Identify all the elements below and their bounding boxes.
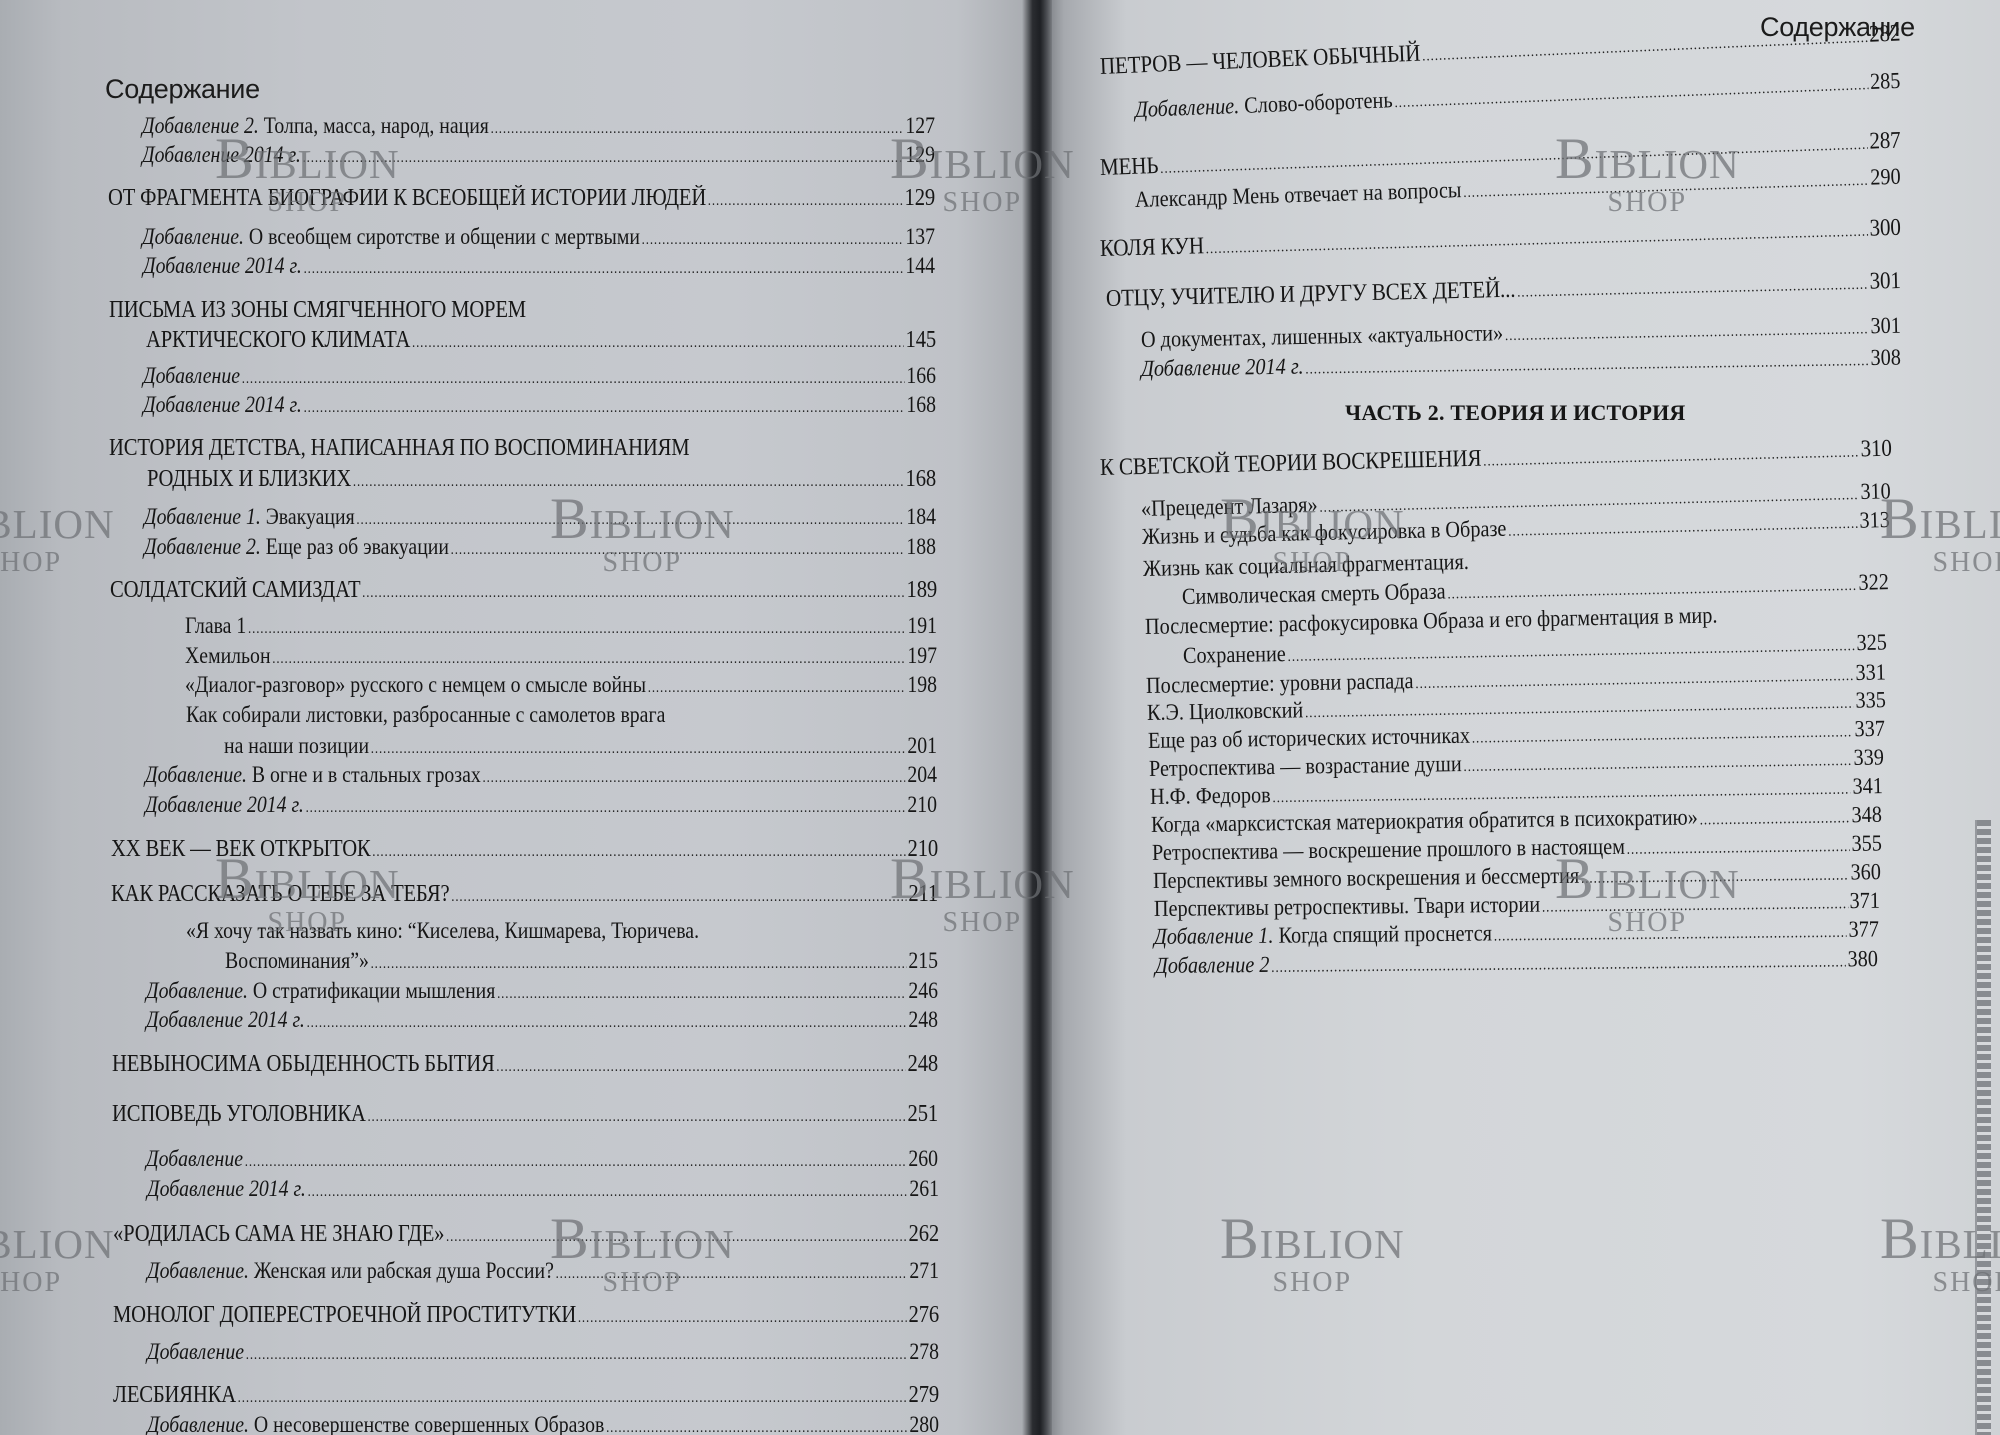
toc-entry-text: АРКТИЧЕСКОГО КЛИМАТА xyxy=(146,327,410,353)
toc-entry[interactable]: Добавление 2014 г. 144 xyxy=(143,253,935,282)
dot-leader xyxy=(353,469,904,495)
bookmark-ribbon xyxy=(1975,820,1991,1435)
toc-entry[interactable]: Добавление 2. Еще раз об эвакуации 188 xyxy=(144,534,936,563)
dot-leader xyxy=(248,616,906,642)
toc-entry-page: 261 xyxy=(909,1176,939,1202)
dot-leader xyxy=(497,981,907,1007)
toc-entry[interactable]: КАК РАССКАЗАТЬ О ТЕБЕ ЗА ТЕБЯ? 211 xyxy=(111,881,938,910)
toc-entry-title: Добавление. О всеобщем сиротстве и общен… xyxy=(142,224,640,250)
toc-entry[interactable]: Добавление. О всеобщем сиротстве и общен… xyxy=(142,224,935,253)
dot-leader xyxy=(642,227,904,253)
dot-leader xyxy=(482,765,905,791)
toc-entry-prefix: Добавление. xyxy=(146,978,248,1003)
toc-entry-text: Как собирали листовки, разбросанные с са… xyxy=(186,702,665,727)
toc-entry[interactable]: К СВЕТСКОЙ ТЕОРИИ ВОСКРЕШЕНИЯ 310 xyxy=(1100,436,1892,484)
toc-entry-page: 290 xyxy=(1870,164,1901,191)
toc-entry-page: 310 xyxy=(1860,436,1892,463)
dot-leader xyxy=(556,1261,908,1287)
toc-entry-text: К.Э. Циолковский xyxy=(1147,697,1304,725)
toc-entry[interactable]: ИСТОРИЯ ДЕТСТВА, НАПИСАННАЯ ПО ВОСПОМИНА… xyxy=(109,435,936,461)
toc-entry-text: СОЛДАТСКИЙ САМИЗДАТ xyxy=(110,577,360,603)
toc-entry[interactable]: Добавление 278 xyxy=(147,1339,939,1368)
part-title: ЧАСТЬ 2. ТЕОРИЯ И ИСТОРИЯ xyxy=(1345,400,1686,426)
dot-leader xyxy=(648,675,906,701)
toc-entry-title: Добавление 2014 г. xyxy=(143,253,302,279)
toc-entry-page: 204 xyxy=(907,762,937,788)
toc-entry-page: 210 xyxy=(908,836,938,862)
toc-entry-title: Жизнь как социальная фрагментация. xyxy=(1143,549,1469,582)
toc-entry-text: Послесмертие: уровни распада xyxy=(1146,668,1414,698)
dot-leader xyxy=(1517,272,1868,306)
toc-entry-text: Жизнь как социальная фрагментация. xyxy=(1143,549,1469,581)
toc-entry-title: Добавление xyxy=(146,1146,243,1172)
toc-entry-page: 201 xyxy=(907,733,937,759)
toc-entry-page: 191 xyxy=(907,613,937,639)
toc-entry[interactable]: Добавление 2014 г. 210 xyxy=(145,792,937,821)
toc-entry[interactable]: «РОДИЛАСЬ САМА НЕ ЗНАЮ ГДЕ» 262 xyxy=(113,1221,939,1250)
toc-entry-prefix: Добавление xyxy=(147,1339,244,1364)
toc-entry-title: К.Э. Циолковский xyxy=(1147,697,1304,726)
toc-entry-page: 166 xyxy=(906,363,936,389)
toc-entry[interactable]: Воспоминания”» 215 xyxy=(225,948,938,977)
toc-entry-title: Послесмертие: уровни распада xyxy=(1146,668,1414,699)
dot-leader xyxy=(491,116,904,142)
toc-entry-page: 262 xyxy=(909,1221,939,1247)
toc-entry-text: К СВЕТСКОЙ ТЕОРИИ ВОСКРЕШЕНИЯ xyxy=(1100,446,1482,481)
toc-entry[interactable]: на наши позиции 201 xyxy=(224,733,937,762)
toc-entry-page: 360 xyxy=(1850,859,1881,885)
toc-entry-title: ОТЦУ, УЧИТЕЛЮ И ДРУГУ ВСЕХ ДЕТЕЙ... xyxy=(1106,277,1516,312)
toc-entry-title: «Я хочу так назвать кино: “Киселева, Киш… xyxy=(186,918,699,944)
dot-leader xyxy=(371,736,906,762)
toc-entry-title: НЕВЫНОСИМА ОБЫДЕННОСТЬ БЫТИЯ xyxy=(112,1051,495,1077)
toc-entry-text: МЕНЬ xyxy=(1100,153,1159,181)
toc-entry-page: 313 xyxy=(1859,507,1890,534)
toc-entry-text: ИСТОРИЯ ДЕТСТВА, НАПИСАННАЯ ПО ВОСПОМИНА… xyxy=(109,435,689,461)
toc-entry-title: ИСТОРИЯ ДЕТСТВА, НАПИСАННАЯ ПО ВОСПОМИНА… xyxy=(109,435,689,461)
toc-entry-title: К СВЕТСКОЙ ТЕОРИИ ВОСКРЕШЕНИЯ xyxy=(1100,446,1482,481)
toc-entry-page: 127 xyxy=(905,113,935,139)
toc-entry-page: 145 xyxy=(906,327,936,353)
dot-leader xyxy=(451,537,905,563)
toc-entry-text: Толпа, масса, народ, нация xyxy=(259,113,489,138)
toc-entry-page: 189 xyxy=(907,577,937,603)
toc-entry-prefix: Добавление 2014 г. xyxy=(1141,354,1304,381)
toc-entry-text: Н.Ф. Федоров xyxy=(1150,782,1271,809)
toc-entry-page: 341 xyxy=(1852,773,1883,799)
toc-entry-title: ОТ ФРАГМЕНТА БИОГРАФИИ К ВСЕОБЩЕЙ ИСТОРИ… xyxy=(108,185,706,211)
toc-entry-page: 144 xyxy=(905,253,935,279)
toc-entry-page: 337 xyxy=(1854,716,1885,742)
toc-entry-title: ПИСЬМА ИЗ ЗОНЫ СМЯГЧЕННОГО МОРЕМ xyxy=(109,297,526,323)
dot-leader xyxy=(371,951,907,977)
toc-entry-prefix: Добавление 2014 г. xyxy=(142,142,301,167)
running-head-left: Содержание xyxy=(105,74,260,105)
book-spine xyxy=(1022,0,1052,1435)
toc-entry[interactable]: Добавление 2014 г. 129 xyxy=(142,142,935,171)
dot-leader xyxy=(304,256,904,282)
toc-entry-text: на наши позиции xyxy=(224,733,369,758)
toc-entry-title: АРКТИЧЕСКОГО КЛИМАТА xyxy=(146,327,410,353)
dot-leader xyxy=(356,507,904,533)
toc-entry-page: 287 xyxy=(1869,128,1901,155)
toc-entry[interactable]: Глава 1 191 xyxy=(185,613,937,642)
toc-entry[interactable]: ИСПОВЕДЬ УГОЛОВНИКА 251 xyxy=(112,1101,938,1130)
toc-entry-page: 129 xyxy=(905,142,935,168)
toc-entry-title: Как собирали листовки, разбросанные с са… xyxy=(186,702,665,728)
toc-entry-page: 251 xyxy=(908,1101,938,1127)
toc-entry-title: Сохранение xyxy=(1183,641,1286,669)
toc-entry-text: ОТЦУ, УЧИТЕЛЮ И ДРУГУ ВСЕХ ДЕТЕЙ... xyxy=(1106,277,1516,312)
toc-entry-page: 355 xyxy=(1851,830,1882,856)
toc-entry[interactable]: Добавление 166 xyxy=(143,363,936,392)
toc-entry[interactable]: Добавление. О стратификации мышления 246 xyxy=(146,978,938,1007)
toc-entry-title: Перспективы ретроспективы. Твари истории xyxy=(1154,892,1540,922)
toc-entry-title: Добавление 2014 г. xyxy=(1141,354,1304,382)
toc-entry[interactable]: Добавление 2014 г. 168 xyxy=(143,392,936,421)
toc-entry-text: КОЛЯ КУН xyxy=(1100,233,1205,262)
toc-entry-page: 301 xyxy=(1870,313,1901,340)
toc-entry-page: 248 xyxy=(908,1007,938,1033)
toc-entry-prefix: Добавление 2. xyxy=(144,534,261,559)
dot-leader xyxy=(1699,805,1850,833)
toc-entry-page: 188 xyxy=(906,534,936,560)
dot-leader xyxy=(362,580,905,606)
toc-entry-text: Еще раз об исторических источниках xyxy=(1148,723,1470,753)
toc-entry-text: О несовершенстве совершенных Образов xyxy=(249,1412,604,1435)
dot-leader xyxy=(1271,949,1846,981)
toc-entry[interactable]: ЛЕСБИЯНКА 279 xyxy=(113,1382,939,1411)
toc-entry-text: Глава 1 xyxy=(185,613,246,638)
dot-leader xyxy=(1494,920,1847,950)
toc-entry-title: Добавление. В огне и в стальных грозах xyxy=(145,762,481,788)
toc-entry-title: Перспективы земного воскрешения и бессме… xyxy=(1153,863,1580,894)
dot-leader xyxy=(412,330,904,356)
toc-entry-text: МОНОЛОГ ДОПЕРЕСТРОЕЧНОЙ ПРОСТИТУТКИ xyxy=(113,1302,576,1328)
toc-entry-title: Добавление 2. Толпа, масса, народ, нация xyxy=(142,113,489,139)
toc-entry-title: Хемильон xyxy=(185,643,271,669)
dot-leader xyxy=(1542,891,1848,920)
toc-entry-title: Добавление. О несовершенстве совершенных… xyxy=(147,1412,604,1435)
dot-leader xyxy=(1305,348,1869,382)
toc-entry-page: 331 xyxy=(1855,659,1886,686)
toc-entry-title: О документах, лишенных «актуальности» xyxy=(1141,320,1504,353)
toc-entry-page: 325 xyxy=(1856,629,1887,656)
dot-leader xyxy=(372,839,906,865)
toc-entry-title: «Прецедент Лазаря» xyxy=(1141,492,1318,522)
toc-entry-text: РОДНЫХ И БЛИЗКИХ xyxy=(147,466,351,492)
toc-entry-page: 197 xyxy=(907,643,937,669)
dot-leader xyxy=(246,1342,908,1368)
toc-entry-text: О стратификации мышления xyxy=(248,978,495,1003)
toc-entry-text: «Диалог-разговор» русского с немцем о см… xyxy=(185,672,646,697)
toc-entry-prefix: Добавление 1. xyxy=(1154,923,1274,949)
toc-entry[interactable]: Хемильон 197 xyxy=(185,643,937,672)
dot-leader xyxy=(303,145,904,171)
toc-entry-page: 184 xyxy=(906,504,936,530)
toc-entry-title: Воспоминания”» xyxy=(225,948,369,974)
toc-entry-prefix: Добавление. xyxy=(147,1258,249,1283)
toc-entry-prefix: Добавление 2. xyxy=(142,113,259,138)
toc-entry-page: 276 xyxy=(909,1302,939,1328)
toc-entry-page: 260 xyxy=(908,1146,938,1172)
toc-entry-page: 339 xyxy=(1853,744,1884,770)
toc-entry-prefix: Добавление 2014 г. xyxy=(145,792,304,817)
dot-leader xyxy=(245,1149,907,1175)
toc-entry-title: ПЕТРОВ — ЧЕЛОВЕК ОБЫЧНЫЙ xyxy=(1099,41,1420,80)
toc-entry-title: Еще раз об исторических источниках xyxy=(1148,723,1470,754)
toc-entry-title: КОЛЯ КУН xyxy=(1100,233,1205,262)
toc-entry-prefix: Добавление xyxy=(143,363,240,388)
toc-entry-prefix: Добавление 1. xyxy=(144,504,261,529)
toc-entry-text: XX ВЕК — ВЕК ОТКРЫТОК xyxy=(111,836,371,862)
toc-entry[interactable]: ОТЦУ, УЧИТЕЛЮ И ДРУГУ ВСЕХ ДЕТЕЙ... 301 xyxy=(1106,268,1901,315)
toc-entry-prefix: Добавление 2 xyxy=(1155,952,1270,978)
toc-entry-page: 301 xyxy=(1869,268,1901,295)
toc-entry[interactable]: РОДНЫХ И БЛИЗКИХ 168 xyxy=(147,466,936,495)
toc-entry-prefix: Добавление 2014 г. xyxy=(146,1007,305,1032)
toc-entry-text: О всеобщем сиротстве и общении с мертвым… xyxy=(244,224,640,249)
dot-leader xyxy=(307,1010,907,1036)
dot-leader xyxy=(367,1104,905,1130)
dot-leader xyxy=(238,1385,907,1411)
toc-entry-page: 371 xyxy=(1849,888,1880,914)
toc-entry-text: ПЕТРОВ — ЧЕЛОВЕК ОБЫЧНЫЙ xyxy=(1099,41,1420,80)
toc-entry[interactable]: МОНОЛОГ ДОПЕРЕСТРОЕЧНОЙ ПРОСТИТУТКИ 276 xyxy=(113,1302,939,1331)
toc-entry-title: Добавление 2014 г. xyxy=(143,392,302,418)
toc-entry-title: СОЛДАТСКИЙ САМИЗДАТ xyxy=(110,577,360,603)
dot-leader xyxy=(1205,219,1868,263)
dot-leader xyxy=(708,188,903,214)
toc-entry-title: «Диалог-разговор» русского с немцем о см… xyxy=(185,672,646,698)
toc-entry-title: ЛЕСБИЯНКА xyxy=(113,1382,236,1408)
toc-entry-text: ИСПОВЕДЬ УГОЛОВНИКА xyxy=(112,1101,366,1127)
toc-entry-title: Ретроспектива — возрастание души xyxy=(1149,751,1462,782)
toc-entry-page: 300 xyxy=(1869,215,1901,242)
dot-leader xyxy=(1394,72,1869,116)
toc-entry[interactable]: ПИСЬМА ИЗ ЗОНЫ СМЯГЧЕННОГО МОРЕМ xyxy=(109,297,936,323)
dot-leader xyxy=(606,1415,908,1435)
toc-entry-text: Когда спящий проснется xyxy=(1273,920,1492,947)
dot-leader xyxy=(1505,316,1869,349)
toc-entry-page: 211 xyxy=(908,881,938,907)
toc-entry-prefix: Добавление 2014 г. xyxy=(143,253,302,278)
dot-leader xyxy=(1483,439,1859,474)
toc-entry-text: Сохранение xyxy=(1183,641,1286,668)
toc-entry-page: 215 xyxy=(908,948,938,974)
toc-entry-title: Добавление 2 xyxy=(1155,952,1270,979)
dot-leader xyxy=(1463,168,1869,206)
dot-leader xyxy=(308,1179,908,1205)
dot-leader xyxy=(451,884,906,910)
running-head-right: Содержание xyxy=(1760,12,1915,43)
toc-entry-page: 335 xyxy=(1855,687,1886,714)
toc-entry[interactable]: ОТ ФРАГМЕНТА БИОГРАФИИ К ВСЕОБЩЕЙ ИСТОРИ… xyxy=(108,185,935,214)
toc-entry-title: ИСПОВЕДЬ УГОЛОВНИКА xyxy=(112,1101,366,1127)
toc-entry[interactable]: Добавление 2. Толпа, масса, народ, нация… xyxy=(142,113,935,142)
toc-entry-title: Ретроспектива — воскрешение прошлого в н… xyxy=(1152,834,1625,866)
toc-entry-text: «Я хочу так назвать кино: “Киселева, Киш… xyxy=(186,918,699,943)
toc-entry-page: 168 xyxy=(906,392,936,418)
toc-entry-text: Александр Мень отвечает на вопросы xyxy=(1135,177,1462,212)
toc-entry-page: 168 xyxy=(906,466,936,492)
toc-entry[interactable]: Добавление 2014 г. 248 xyxy=(146,1007,938,1036)
toc-entry-title: Символическая смерть Образа xyxy=(1182,578,1446,610)
toc-entry-title: Добавление xyxy=(143,363,240,389)
dot-leader xyxy=(242,366,905,392)
toc-entry-text: Еще раз об эвакуации xyxy=(261,534,449,559)
toc-entry-page: 248 xyxy=(908,1051,938,1077)
toc-entry-title: Добавление 2014 г. xyxy=(147,1176,306,1202)
dot-leader xyxy=(304,395,905,421)
toc-entry-text: Перспективы земного воскрешения и бессме… xyxy=(1153,863,1580,893)
toc-entry-text: Воспоминания”» xyxy=(225,948,369,973)
toc-entry-text: Эвакуация xyxy=(261,504,355,529)
toc-entry-prefix: Добавление xyxy=(146,1146,243,1171)
toc-entry[interactable]: Добавление 2 380 xyxy=(1155,946,1878,982)
toc-entry-page: 198 xyxy=(907,672,937,698)
toc-entry-text: Символическая смерть Образа xyxy=(1182,578,1446,609)
toc-entry-page: 210 xyxy=(907,792,937,818)
toc-entry[interactable]: Добавление. В огне и в стальных грозах 2… xyxy=(145,762,937,791)
dot-leader xyxy=(496,1054,906,1080)
toc-entry-title: Добавление. О стратификации мышления xyxy=(146,978,495,1004)
toc-entry[interactable]: Добавление. О несовершенстве совершенных… xyxy=(147,1412,939,1435)
toc-entry-text: В огне и в стальных грозах xyxy=(247,762,481,787)
toc-entry-prefix: Добавление 2014 г. xyxy=(143,392,302,417)
toc-entry-page: 279 xyxy=(909,1382,939,1408)
toc-entry-page: 377 xyxy=(1848,916,1879,942)
toc-entry-text: Женская или рабская душа России? xyxy=(249,1258,554,1283)
toc-entry-title: на наши позиции xyxy=(224,733,369,759)
toc-entry-prefix: Добавление. xyxy=(142,224,244,249)
toc-entry-text: «Прецедент Лазаря» xyxy=(1141,492,1318,521)
dot-leader xyxy=(578,1305,907,1331)
dot-leader xyxy=(306,795,906,821)
toc-entry-page: 246 xyxy=(908,978,938,1004)
toc-entry-title: Добавление 2. Еще раз об эвакуации xyxy=(144,534,449,560)
dot-leader xyxy=(1508,511,1858,545)
toc-entry-page: 308 xyxy=(1870,345,1901,371)
toc-entry-text: Ретроспектива — возрастание души xyxy=(1149,751,1462,781)
toc-entry[interactable]: «Диалог-разговор» русского с немцем о см… xyxy=(185,672,937,701)
toc-entry-page: 348 xyxy=(1851,802,1882,828)
right-page: ПЕТРОВ — ЧЕЛОВЕК ОБЫЧНЫЙ 282 Добавление.… xyxy=(1040,0,2000,1435)
toc-entry-title: Добавление 2014 г. xyxy=(145,792,304,818)
toc-entry[interactable]: КОЛЯ КУН 300 xyxy=(1100,215,1901,265)
toc-entry-text: ОТ ФРАГМЕНТА БИОГРАФИИ К ВСЕОБЩЕЙ ИСТОРИ… xyxy=(108,185,706,211)
toc-entry[interactable]: Добавление 1. Эвакуация 184 xyxy=(144,504,936,533)
toc-entry[interactable]: НЕВЫНОСИМА ОБЫДЕННОСТЬ БЫТИЯ 248 xyxy=(112,1051,938,1080)
toc-entry-title: Добавление 2014 г. xyxy=(146,1007,305,1033)
toc-entry-title: Александр Мень отвечает на вопросы xyxy=(1135,177,1462,213)
toc-entry-title: «РОДИЛАСЬ САМА НЕ ЗНАЮ ГДЕ» xyxy=(113,1221,444,1247)
toc-entry[interactable]: Добавление 260 xyxy=(146,1146,938,1175)
toc-entry-page: 129 xyxy=(905,185,935,211)
dot-leader xyxy=(1627,834,1850,863)
toc-entry-text: КАК РАССКАЗАТЬ О ТЕБЕ ЗА ТЕБЯ? xyxy=(111,881,450,907)
toc-entry-page: 137 xyxy=(905,224,935,250)
toc-entry-page: 380 xyxy=(1847,946,1878,972)
toc-entry-page: 310 xyxy=(1860,478,1891,505)
toc-entry-text: Ретроспектива — воскрешение прошлого в н… xyxy=(1152,834,1625,865)
toc-entry-title: Добавление 1. Когда спящий проснется xyxy=(1154,920,1492,950)
toc-entry-text: ПИСЬМА ИЗ ЗОНЫ СМЯГЧЕННОГО МОРЕМ xyxy=(109,297,526,323)
toc-entry[interactable]: СОЛДАТСКИЙ САМИЗДАТ 189 xyxy=(110,577,937,606)
toc-entry[interactable]: XX ВЕК — ВЕК ОТКРЫТОК 210 xyxy=(111,836,938,865)
toc-entry-title: XX ВЕК — ВЕК ОТКРЫТОК xyxy=(111,836,371,862)
toc-entry-text: Перспективы ретроспективы. Твари истории xyxy=(1154,892,1540,921)
toc-entry-title: МОНОЛОГ ДОПЕРЕСТРОЕЧНОЙ ПРОСТИТУТКИ xyxy=(113,1302,576,1328)
toc-entry-text: О документах, лишенных «актуальности» xyxy=(1141,320,1504,352)
toc-entry-title: Добавление. Женская или рабская душа Рос… xyxy=(147,1258,554,1284)
dot-leader xyxy=(446,1224,907,1250)
toc-entry-text: Слово-оборотень xyxy=(1239,87,1393,118)
toc-entry[interactable]: «Я хочу так назвать кино: “Киселева, Киш… xyxy=(186,918,938,944)
toc-entry-page: 285 xyxy=(1870,68,1901,95)
dot-leader xyxy=(1581,862,1849,891)
toc-entry-title: Добавление. Слово-оборотень xyxy=(1134,87,1393,123)
toc-entry-title: РОДНЫХ И БЛИЗКИХ xyxy=(147,466,351,492)
toc-entry-prefix: Добавление. xyxy=(145,762,247,787)
toc-entry-text: НЕВЫНОСИМА ОБЫДЕННОСТЬ БЫТИЯ xyxy=(112,1051,495,1077)
toc-entry-title: Добавление 2014 г. xyxy=(142,142,301,168)
toc-entry[interactable]: Добавление. Женская или рабская душа Рос… xyxy=(147,1258,939,1287)
toc-entry-title: Добавление 1. Эвакуация xyxy=(144,504,355,530)
toc-entry[interactable]: Добавление 2014 г. 261 xyxy=(147,1176,939,1205)
toc-entry-prefix: Добавление 2014 г. xyxy=(147,1176,306,1201)
left-page: Содержание Добавление 2. Толпа, масса, н… xyxy=(0,0,1040,1435)
toc-entry-page: 271 xyxy=(909,1258,939,1284)
toc-entry-title: КАК РАССКАЗАТЬ О ТЕБЕ ЗА ТЕБЯ? xyxy=(111,881,450,907)
toc-entry-title: Добавление xyxy=(147,1339,244,1365)
toc-entry-text: «РОДИЛАСЬ САМА НЕ ЗНАЮ ГДЕ» xyxy=(113,1221,444,1247)
toc-entry-text: Хемильон xyxy=(185,643,271,668)
toc-entry-title: Н.Ф. Федоров xyxy=(1150,782,1271,810)
dot-leader xyxy=(272,646,905,672)
toc-entry-title: МЕНЬ xyxy=(1100,153,1159,181)
toc-entry-page: 278 xyxy=(909,1339,939,1365)
toc-entry-page: 322 xyxy=(1858,569,1889,596)
toc-entry[interactable]: АРКТИЧЕСКОГО КЛИМАТА 145 xyxy=(146,327,936,356)
toc-entry-page: 280 xyxy=(909,1412,939,1435)
toc-entry[interactable]: Как собирали листовки, разбросанные с са… xyxy=(186,702,937,728)
toc-entry-title: Глава 1 xyxy=(185,613,246,639)
toc-entry-prefix: Добавление. xyxy=(1134,93,1239,122)
toc-entry-prefix: Добавление. xyxy=(147,1412,249,1435)
toc-entry-text: ЛЕСБИЯНКА xyxy=(113,1382,236,1408)
